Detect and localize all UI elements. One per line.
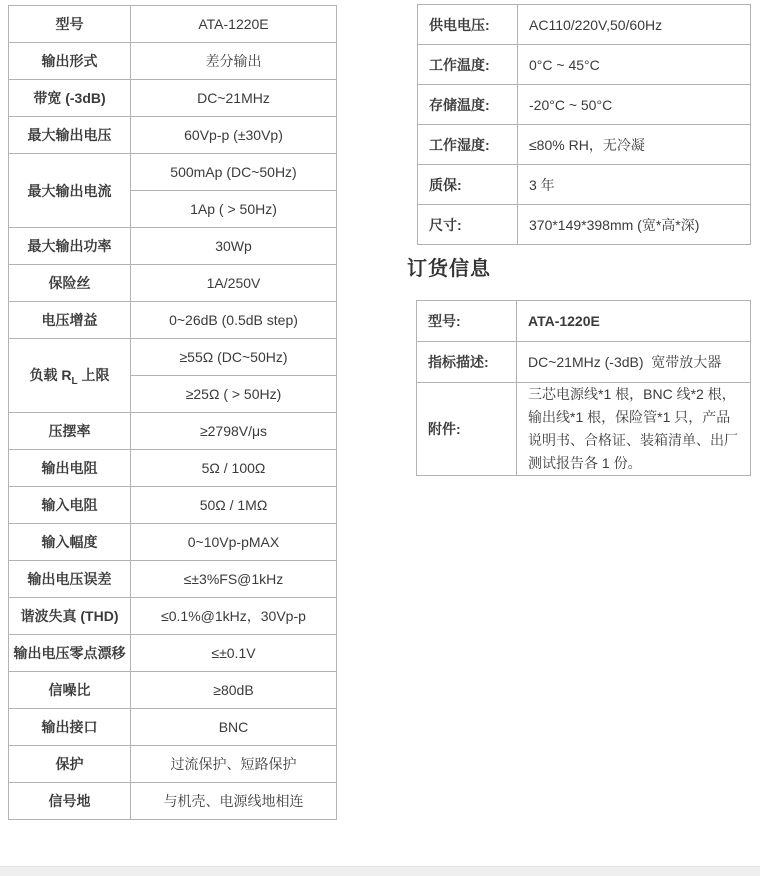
env-row: 存储温度:-20°C ~ 50°C [418, 85, 751, 125]
spec-value: ATA-1220E [131, 6, 337, 43]
spec-value: DC~21MHz [131, 80, 337, 117]
spec-value: 过流保护、短路保护 [131, 746, 337, 783]
env-value: 0°C ~ 45°C [518, 45, 751, 85]
spec-row: 负载 RL 上限 ≥55Ω (DC~50Hz) [9, 339, 337, 376]
spec-row: 谐波失真 (THD)≤0.1%@1kHz，30Vp-p [9, 598, 337, 635]
spec-value: 与机壳、电源线地相连 [131, 783, 337, 820]
spec-value: ≤±3%FS@1kHz [131, 561, 337, 598]
env-row: 工作温度:0°C ~ 45°C [418, 45, 751, 85]
spec-label: 带宽 (-3dB) [9, 80, 131, 117]
spec-label: 信噪比 [9, 672, 131, 709]
spec-value: ≥80dB [131, 672, 337, 709]
spec-row: 输入电阻50Ω / 1MΩ [9, 487, 337, 524]
order-value: ATA-1220E [517, 301, 751, 342]
env-value: -20°C ~ 50°C [518, 85, 751, 125]
spec-value: 60Vp-p (±30Vp) [131, 117, 337, 154]
spec-label: 输出接口 [9, 709, 131, 746]
spec-row: 保险丝1A/250V [9, 265, 337, 302]
spec-label: 最大输出电流 [9, 154, 131, 228]
spec-row: 输出电阻5Ω / 100Ω [9, 450, 337, 487]
spec-row: 最大输出电流500mAp (DC~50Hz) [9, 154, 337, 191]
env-row: 工作湿度:≤80% RH，无冷凝 [418, 125, 751, 165]
env-value: 3 年 [518, 165, 751, 205]
spec-row: 输出电压零点漂移≤±0.1V [9, 635, 337, 672]
spec-label: 输入幅度 [9, 524, 131, 561]
spec-table: 型号ATA-1220E 输出形式差分输出 带宽 (-3dB)DC~21MHz 最… [8, 5, 337, 820]
spec-label: 保护 [9, 746, 131, 783]
spec-row: 输出形式差分输出 [9, 43, 337, 80]
spec-value: 0~26dB (0.5dB step) [131, 302, 337, 339]
spec-row: 输出电压误差≤±3%FS@1kHz [9, 561, 337, 598]
spec-label: 最大输出功率 [9, 228, 131, 265]
spec-value: BNC [131, 709, 337, 746]
order-row: 指标描述:DC~21MHz (-3dB) 宽带放大器 [417, 342, 751, 383]
spec-row: 保护过流保护、短路保护 [9, 746, 337, 783]
spec-row: 信噪比≥80dB [9, 672, 337, 709]
spec-value: 差分输出 [131, 43, 337, 80]
spec-row: 压摆率≥2798V/μs [9, 413, 337, 450]
spec-value: 1Ap ( > 50Hz) [131, 191, 337, 228]
env-table: 供电电压:AC110/220V,50/60Hz 工作温度:0°C ~ 45°C … [417, 4, 751, 245]
order-label: 指标描述: [417, 342, 517, 383]
spec-label: 最大输出电压 [9, 117, 131, 154]
spec-value: ≤±0.1V [131, 635, 337, 672]
spec-label: 输出电压误差 [9, 561, 131, 598]
env-label: 工作温度: [418, 45, 518, 85]
spec-label: 电压增益 [9, 302, 131, 339]
spec-label: 型号 [9, 6, 131, 43]
spec-row: 电压增益0~26dB (0.5dB step) [9, 302, 337, 339]
spec-value: ≥2798V/μs [131, 413, 337, 450]
spec-value: 0~10Vp-pMAX [131, 524, 337, 561]
spec-row: 最大输出功率30Wp [9, 228, 337, 265]
order-value: DC~21MHz (-3dB) 宽带放大器 [517, 342, 751, 383]
order-info-title: 订货信息 [407, 252, 491, 281]
env-value: 370*149*398mm (宽*高*深) [518, 205, 751, 245]
env-row: 质保:3 年 [418, 165, 751, 205]
order-table: 型号:ATA-1220E 指标描述:DC~21MHz (-3dB) 宽带放大器 … [416, 300, 751, 476]
env-row: 尺寸:370*149*398mm (宽*高*深) [418, 205, 751, 245]
spec-row: 信号地与机壳、电源线地相连 [9, 783, 337, 820]
spec-row: 型号ATA-1220E [9, 6, 337, 43]
order-value: 三芯电源线*1 根，BNC 线*2 根，输出线*1 根，保险管*1 只，产品说明… [517, 383, 751, 476]
spec-row: 输出接口BNC [9, 709, 337, 746]
footer-bar [0, 866, 760, 876]
env-label: 质保: [418, 165, 518, 205]
spec-label: 输出电阻 [9, 450, 131, 487]
env-value: AC110/220V,50/60Hz [518, 5, 751, 45]
spec-row: 输入幅度0~10Vp-pMAX [9, 524, 337, 561]
spec-label: 压摆率 [9, 413, 131, 450]
order-row: 附件:三芯电源线*1 根，BNC 线*2 根，输出线*1 根，保险管*1 只，产… [417, 383, 751, 476]
spec-value: 500mAp (DC~50Hz) [131, 154, 337, 191]
spec-label: 输出电压零点漂移 [9, 635, 131, 672]
spec-value: ≤0.1%@1kHz，30Vp-p [131, 598, 337, 635]
spec-value: 30Wp [131, 228, 337, 265]
spec-value: 50Ω / 1MΩ [131, 487, 337, 524]
spec-value: 1A/250V [131, 265, 337, 302]
env-row: 供电电压:AC110/220V,50/60Hz [418, 5, 751, 45]
env-label: 供电电压: [418, 5, 518, 45]
env-label: 工作湿度: [418, 125, 518, 165]
spec-label: 负载 RL 上限 [9, 339, 131, 413]
spec-label: 输出形式 [9, 43, 131, 80]
order-row: 型号:ATA-1220E [417, 301, 751, 342]
spec-label: 信号地 [9, 783, 131, 820]
spec-value: 5Ω / 100Ω [131, 450, 337, 487]
spec-value: ≥55Ω (DC~50Hz) [131, 339, 337, 376]
spec-value: ≥25Ω ( > 50Hz) [131, 376, 337, 413]
page: 型号ATA-1220E 输出形式差分输出 带宽 (-3dB)DC~21MHz 最… [0, 0, 760, 876]
spec-label: 输入电阻 [9, 487, 131, 524]
spec-row: 最大输出电压60Vp-p (±30Vp) [9, 117, 337, 154]
env-value: ≤80% RH，无冷凝 [518, 125, 751, 165]
order-label: 型号: [417, 301, 517, 342]
order-label: 附件: [417, 383, 517, 476]
env-label: 存储温度: [418, 85, 518, 125]
spec-label: 保险丝 [9, 265, 131, 302]
spec-label: 谐波失真 (THD) [9, 598, 131, 635]
spec-row: 带宽 (-3dB)DC~21MHz [9, 80, 337, 117]
env-label: 尺寸: [418, 205, 518, 245]
